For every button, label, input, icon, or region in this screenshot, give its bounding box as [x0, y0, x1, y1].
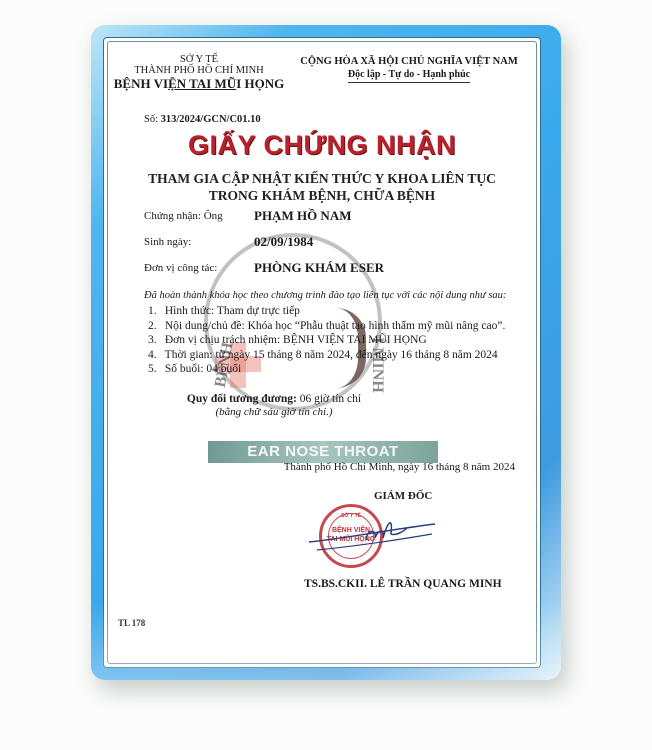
item-number: 5. — [148, 362, 162, 377]
issuer-department: SỞ Y TẾ — [104, 54, 294, 65]
item-number: 3. — [148, 333, 162, 348]
equivalent-value: 06 giờ tín chỉ — [300, 393, 361, 405]
item-number: 1. — [148, 304, 162, 319]
workplace-label: Đơn vị công tác: — [144, 262, 217, 274]
list-item: 5. Số buổi: 04 buổi — [148, 362, 505, 377]
certificate-paper: BỆNH Í MINH EAR NOSE THROAT HOSPITAL HCM… — [103, 37, 541, 668]
item-text: Hình thức: Tham dự trực tiếp — [165, 305, 300, 317]
doc-number-label: Số: — [144, 114, 158, 125]
subtitle-line-2: TRONG KHÁM BỆNH, CHỮA BỆNH — [104, 187, 540, 204]
issuer-organization: BỆNH VIỆN TAI MŨI HỌNG — [104, 76, 294, 91]
recipient-name: PHẠM HỒ NAM — [254, 208, 351, 224]
dob-label: Sinh ngày: — [144, 236, 191, 248]
credit-equivalent: Quy đổi tương đương: 06 giờ tín chỉ (bằn… — [104, 393, 444, 419]
subtitle-line-1: THAM GIA CẬP NHẬT KIẾN THỨC Y KHOA LIÊN … — [104, 170, 540, 187]
org-part-2: ỆN TAI MŨ — [168, 76, 236, 91]
item-text: Số buổi: 04 buổi — [165, 363, 241, 375]
certificate-title: GIẤY CHỨNG NHẬN — [104, 130, 540, 161]
equivalent-label: Quy đổi tương đương: — [187, 393, 297, 405]
list-item: 2. Nội dung/chủ đề: Khóa học “Phẫu thuật… — [148, 319, 505, 334]
signer-name: TS.BS.CKII. LÊ TRẦN QUANG MINH — [304, 578, 502, 590]
org-part-1: BỆNH VI — [114, 76, 168, 91]
director-title: GIÁM ĐỐC — [374, 490, 432, 502]
item-number: 4. — [148, 348, 162, 363]
item-text: Nội dung/chủ đề: Khóa học “Phẫu thuật tạ… — [165, 320, 505, 332]
certificate-subtitle: THAM GIA CẬP NHẬT KIẾN THỨC Y KHOA LIÊN … — [104, 170, 540, 204]
recipient-workplace: PHÒNG KHÁM ESER — [254, 260, 384, 276]
country-name: CỘNG HÒA XÃ HỘI CHỦ NGHĨA VIỆT NAM — [284, 55, 534, 68]
item-number: 2. — [148, 319, 162, 334]
issuer-city: THÀNH PHỐ HỒ CHÍ MINH — [104, 65, 294, 76]
issuer-header: SỞ Y TẾ THÀNH PHỐ HỒ CHÍ MINH BỆNH VIỆN … — [104, 54, 294, 91]
document-number: Số: 313/2024/GCN/C01.10 — [144, 114, 261, 125]
completion-intro: Đã hoàn thành khóa học theo chương trình… — [144, 290, 506, 301]
doc-number-value: 313/2024/GCN/C01.10 — [161, 114, 261, 125]
item-text: Đơn vị chịu trách nhiệm: BỆNH VIỆN TAI M… — [165, 334, 427, 346]
equivalent-in-words: (bằng chữ sáu giờ tín chỉ.) — [216, 406, 333, 418]
org-part-3: I HỌNG — [236, 76, 284, 91]
list-item: 4. Thời gian: từ ngày 15 tháng 8 năm 202… — [148, 348, 505, 363]
certificate-frame: BỆNH Í MINH EAR NOSE THROAT HOSPITAL HCM… — [91, 25, 561, 680]
place-and-date: Thành phố Hồ Chí Minh, ngày 16 tháng 8 n… — [284, 461, 515, 473]
course-details-list: 1. Hình thức: Tham dự trực tiếp 2. Nội d… — [148, 304, 505, 377]
national-header: CỘNG HÒA XÃ HỘI CHỦ NGHĨA VIỆT NAM Độc l… — [284, 55, 534, 83]
item-text: Thời gian: từ ngày 15 tháng 8 năm 2024, … — [165, 349, 498, 361]
reference-code: TL 178 — [118, 618, 145, 628]
list-item: 3. Đơn vị chịu trách nhiệm: BỆNH VIỆN TA… — [148, 333, 505, 348]
signature — [307, 510, 437, 560]
list-item: 1. Hình thức: Tham dự trực tiếp — [148, 304, 505, 319]
recipient-dob: 02/09/1984 — [254, 234, 313, 250]
watermark-banner: EAR NOSE THROAT HOSPITAL HCMC — [208, 441, 438, 463]
national-motto: Độc lập - Tự do - Hạnh phúc — [348, 68, 470, 83]
name-label: Chứng nhận: Ông — [144, 210, 223, 222]
